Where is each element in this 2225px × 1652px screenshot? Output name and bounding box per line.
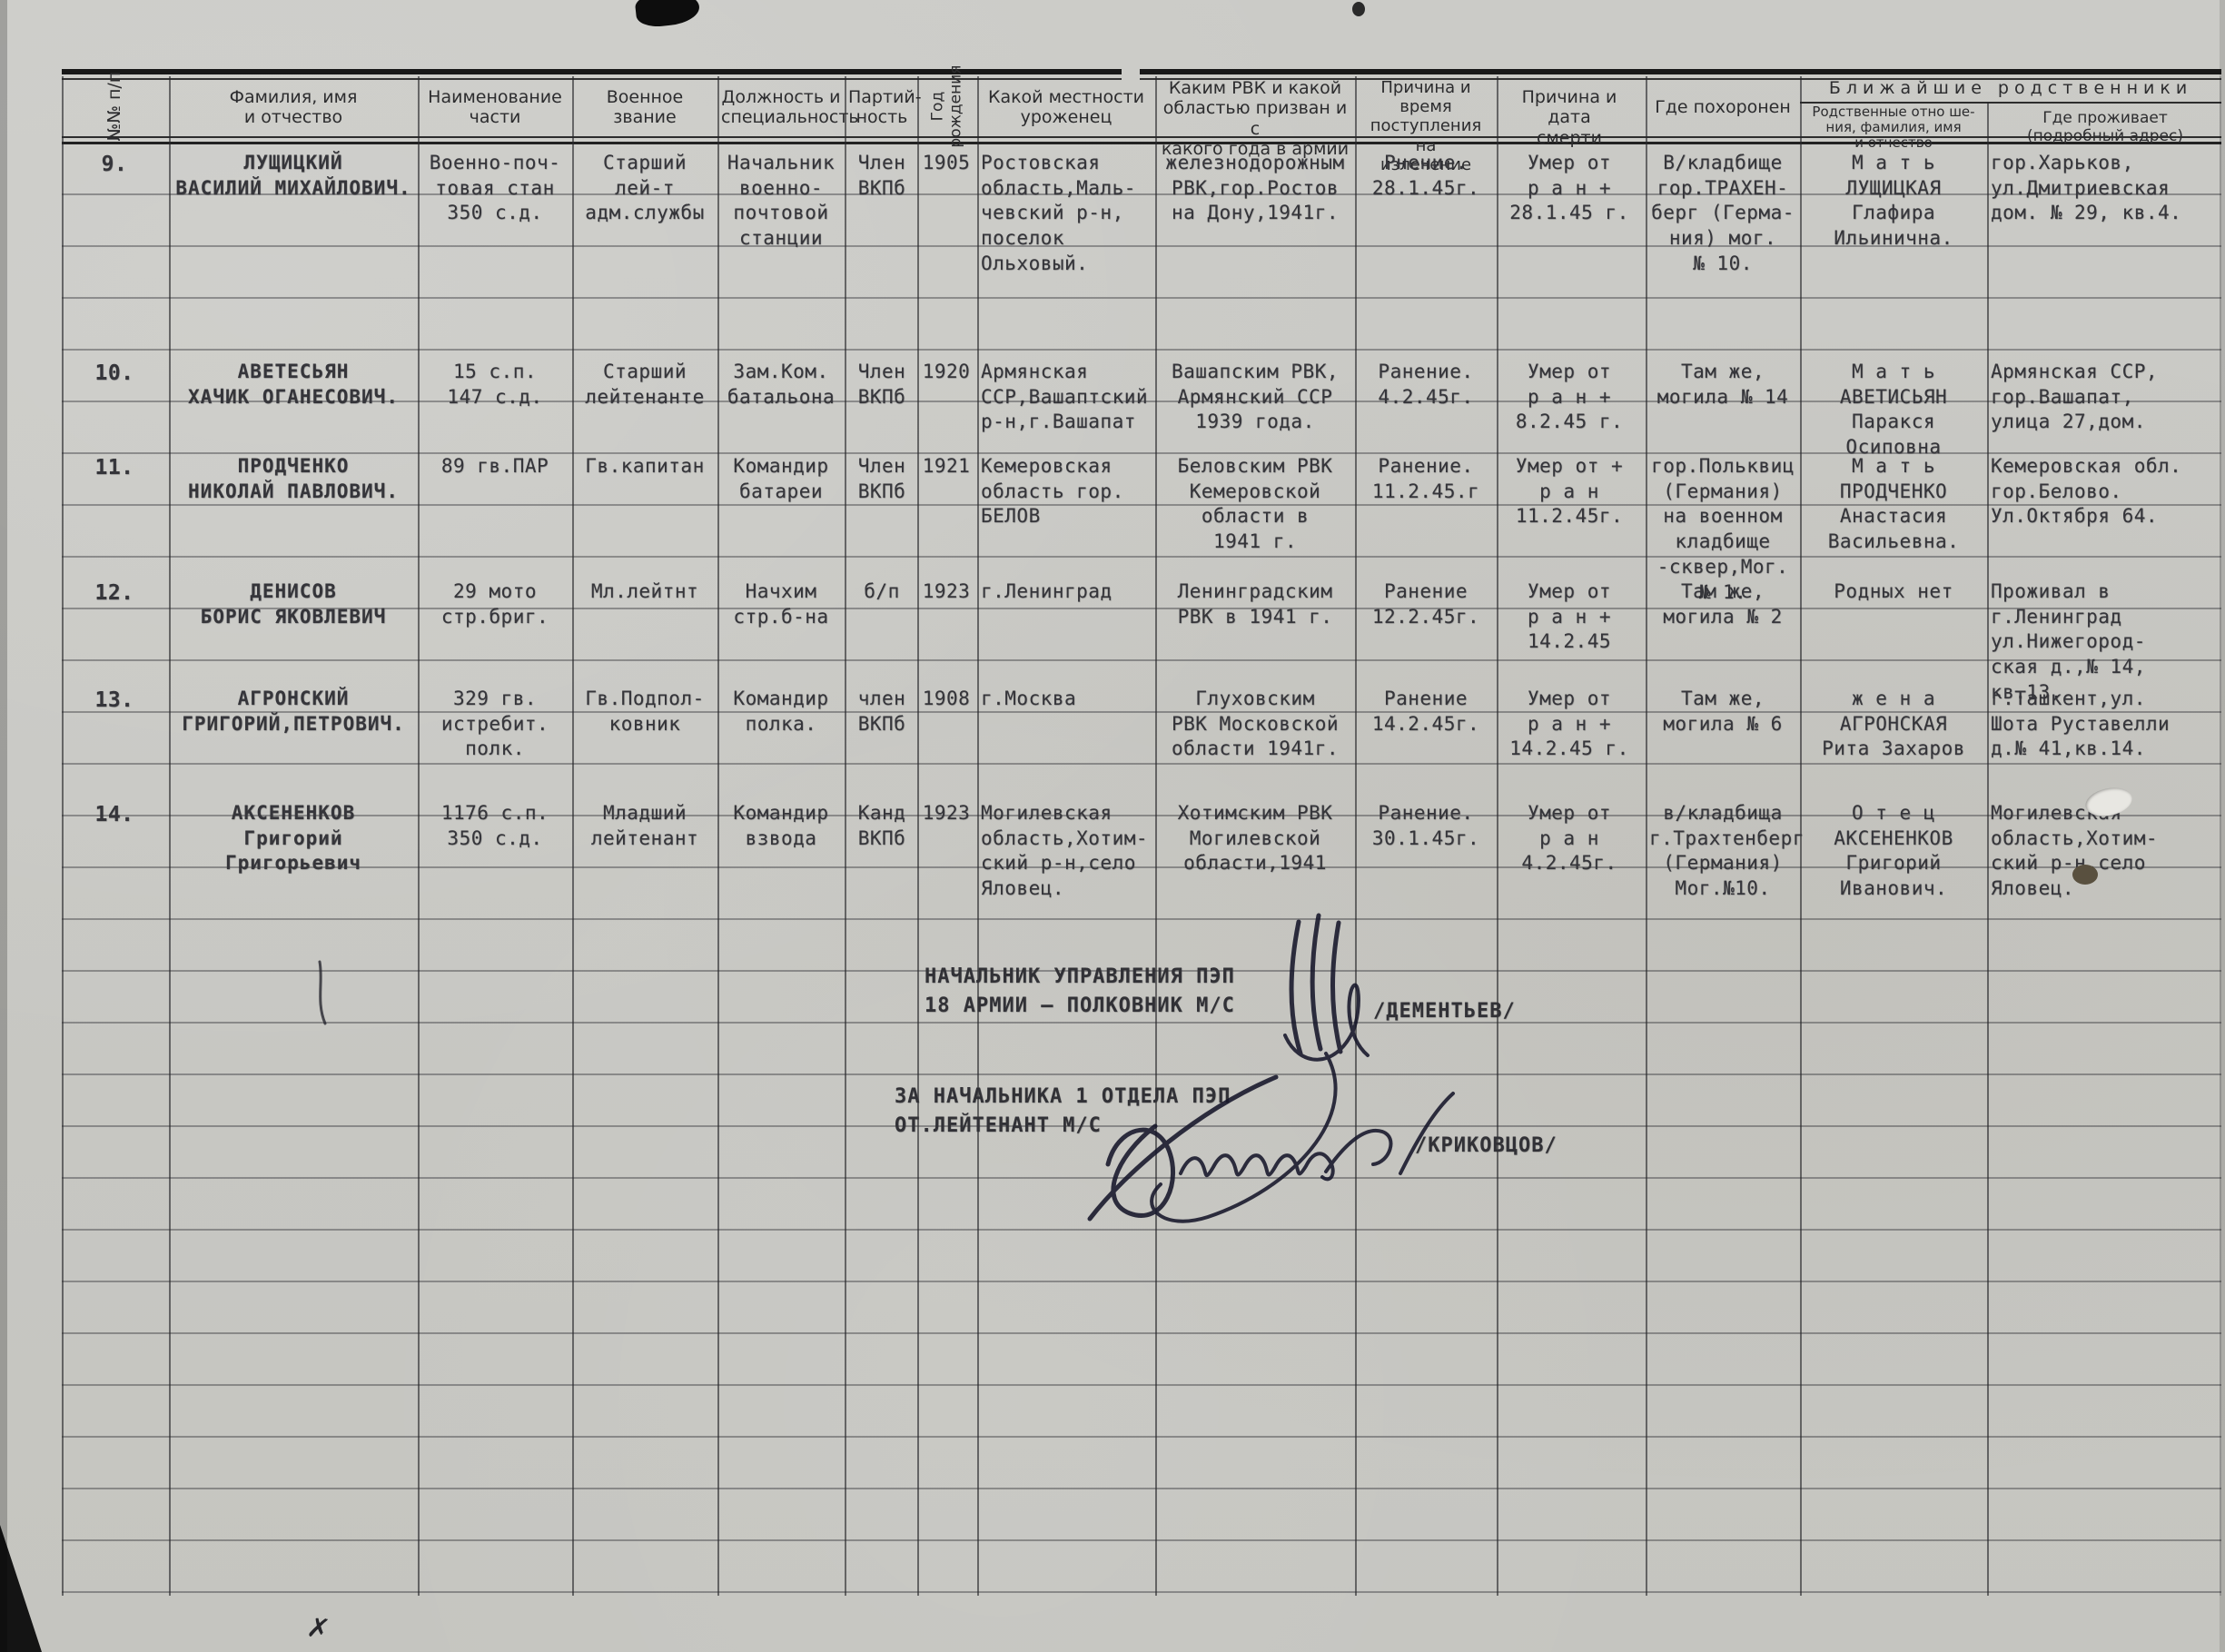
birthplace-cell: г.Ленинград bbox=[981, 579, 1152, 605]
birthplace-cell: Армянская ССР,Вашаптский р-н,г.Вашапат bbox=[981, 360, 1152, 435]
row-number: 10. bbox=[64, 360, 165, 387]
death-cell: Умер от + р а н 11.2.45г. bbox=[1500, 454, 1638, 529]
burial-cell: Там же, могила № 14 bbox=[1649, 360, 1796, 410]
unit-cell: 329 гв. истребит. полк. bbox=[421, 687, 569, 762]
column-line bbox=[1155, 76, 1157, 1596]
admission-cell: Ранение. 30.1.45г. bbox=[1359, 801, 1493, 851]
party-cell: Член ВКПб bbox=[848, 151, 915, 201]
row-number: 11. bbox=[64, 454, 165, 481]
header-burial: Где похоронен bbox=[1649, 97, 1796, 117]
birth-year-cell: 1923 bbox=[920, 579, 973, 605]
header-party: Партий- ность bbox=[848, 87, 915, 128]
official1-name: /ДЕМЕНТЬЕВ/ bbox=[1373, 997, 1516, 1026]
header-name: Фамилия, имя и отчество bbox=[173, 87, 414, 128]
scan-dot bbox=[1352, 2, 1365, 16]
party-cell: член ВКПб bbox=[848, 687, 915, 737]
header-relatives-group: Ближайшие родственники bbox=[1804, 78, 2218, 98]
column-line bbox=[917, 76, 919, 1596]
party-cell: Член ВКПб bbox=[848, 454, 915, 504]
death-cell: Умер от р а н + 28.1.45 г. bbox=[1500, 151, 1638, 226]
position-cell: Зам.Ком. батальона bbox=[721, 360, 841, 410]
row-number: 12. bbox=[64, 579, 165, 607]
header-num: №№ п/п bbox=[64, 78, 165, 134]
admission-cell: Ранение. 4.2.45г. bbox=[1359, 360, 1493, 410]
rvk-cell: Ленинградским РВК в 1941 г. bbox=[1159, 579, 1351, 629]
birthplace-cell: Ростовская область,Маль- чевский р-н, по… bbox=[981, 151, 1152, 277]
party-cell: б/п bbox=[848, 579, 915, 605]
pencil-x-mark: ✗ bbox=[304, 1611, 331, 1647]
admission-cell: Ранение. 11.2.45.г bbox=[1359, 454, 1493, 504]
name-cell: ПРОДЧЕНКО НИКОЛАЙ ПАВЛОВИЧ. bbox=[173, 454, 414, 504]
admission-cell: Ранение 12.2.45г. bbox=[1359, 579, 1493, 629]
address-cell: гор.Харьков, ул.Дмитриевская дом. № 29, … bbox=[1991, 151, 2220, 226]
column-line bbox=[62, 76, 64, 1596]
name-cell: АГРОНСКИЙ ГРИГОРИЙ,ПЕТРОВИЧ. bbox=[173, 687, 414, 737]
position-cell: Начальник военно- почтовой станции bbox=[721, 151, 841, 252]
unit-cell: 15 с.п. 147 с.д. bbox=[421, 360, 569, 410]
unit-cell: 1176 с.п. 350 с.д. bbox=[421, 801, 569, 851]
table-top-border bbox=[1140, 69, 2221, 74]
address-cell: Армянская ССР, гор.Вашапат, улица 27,дом… bbox=[1991, 360, 2220, 435]
name-cell: АВЕТЕСЬЯН ХАЧИК ОГАНЕСОВИЧ. bbox=[173, 360, 414, 410]
row-number: 13. bbox=[64, 687, 165, 714]
death-cell: Умер от р а н + 14.2.45 г. bbox=[1500, 687, 1638, 762]
column-line bbox=[1355, 76, 1357, 1596]
position-cell: Командир взвода bbox=[721, 801, 841, 851]
rvk-cell: Вашапским РВК, Армянский ССР 1939 года. bbox=[1159, 360, 1351, 435]
birthplace-cell: Могилевская область,Хотим- ский р-н,село… bbox=[981, 801, 1152, 902]
paper-hole bbox=[2072, 865, 2098, 885]
header-birth-year: Год рождения bbox=[920, 76, 974, 136]
rank-cell: Старший лей-т адм.службы bbox=[576, 151, 714, 226]
burial-cell: Там же, могила № 2 bbox=[1649, 579, 1796, 629]
address-cell: г.Ташкент,ул. Шота Руставелли д.№ 41,кв.… bbox=[1991, 687, 2220, 762]
birthplace-cell: Кемеровская область гор. БЕЛОВ bbox=[981, 454, 1152, 529]
unit-cell: 89 гв.ПАР bbox=[421, 454, 569, 480]
name-cell: АКСЕНЕНКОВ Григорий Григорьевич bbox=[173, 801, 414, 876]
relative-cell: М а т ь АВЕТИСЬЯН Паракся Осиповна bbox=[1804, 360, 1983, 460]
birth-year-cell: 1908 bbox=[920, 687, 973, 712]
birth-year-cell: 1921 bbox=[920, 454, 973, 480]
rank-cell: Мл.лейтнт bbox=[576, 579, 714, 605]
death-cell: Умер от р а н 4.2.45г. bbox=[1500, 801, 1638, 876]
rank-cell: Гв.Подпол- ковник bbox=[576, 687, 714, 737]
party-cell: Член ВКПб bbox=[848, 360, 915, 410]
column-line bbox=[717, 76, 719, 1596]
admission-cell: Рнение. 28.1.45г. bbox=[1359, 151, 1493, 201]
header-relative: Родственные отно ше- ния, фамилия, имя и… bbox=[1804, 104, 1983, 150]
header-rank: Военное звание bbox=[576, 87, 714, 128]
address-cell: Кемеровская обл. гор.Белово. Ул.Октября … bbox=[1991, 454, 2220, 529]
row-number: 14. bbox=[64, 801, 165, 828]
column-line bbox=[1987, 102, 1989, 1596]
rvk-cell: железнодорожным РВК,гор.Ростов на Дону,1… bbox=[1159, 151, 1351, 226]
row-number: 9. bbox=[64, 151, 165, 178]
left-edge-shadow bbox=[0, 0, 7, 1652]
name-cell: ЛУЩИЦКИЙ ВАСИЛИЙ МИХАЙЛОВИЧ. bbox=[173, 151, 414, 201]
column-line bbox=[845, 76, 846, 1596]
scanned-casualty-register-page: №№ п/п Фамилия, имя и отчество Наименова… bbox=[0, 0, 2225, 1652]
rvk-cell: Глуховским РВК Московской области 1941г. bbox=[1159, 687, 1351, 762]
name-cell: ДЕНИСОВ БОРИС ЯКОВЛЕВИЧ bbox=[173, 579, 414, 629]
header-rvk: Каким РВК и какой областью призван и с к… bbox=[1159, 78, 1351, 160]
death-cell: Умер от р а н + 14.2.45 bbox=[1500, 579, 1638, 655]
official2-name: /КРИКОВЦОВ/ bbox=[1415, 1132, 1557, 1161]
official2-title: ЗА НАЧАЛЬНИКА 1 ОТДЕЛА ПЭП ОТ.ЛЕЙТЕНАНТ … bbox=[895, 1083, 1231, 1141]
rank-cell: Младший лейтенант bbox=[576, 801, 714, 851]
header-unit: Наименование части bbox=[421, 87, 569, 128]
header-position: Должность и специальность bbox=[721, 87, 841, 128]
header-birthplace: Какой местности уроженец bbox=[981, 87, 1152, 128]
header-death: Причина и дата смерти bbox=[1500, 87, 1638, 148]
birth-year-cell: 1923 bbox=[920, 801, 973, 826]
burial-cell: Там же, могила № 6 bbox=[1649, 687, 1796, 737]
column-line bbox=[418, 76, 420, 1596]
column-line bbox=[169, 76, 171, 1596]
scan-ink-blob bbox=[634, 0, 700, 29]
column-line bbox=[572, 76, 574, 1596]
rvk-cell: Беловским РВК Кемеровской области в 1941… bbox=[1159, 454, 1351, 555]
column-line bbox=[1646, 76, 1647, 1596]
rvk-cell: Хотимским РВК Могилевской области,1941 bbox=[1159, 801, 1351, 876]
burial-cell: в/кладбища г.Трахтенберг (Германия) Мог.… bbox=[1649, 801, 1796, 902]
relative-cell: М а т ь ЛУЩИЦКАЯ Глафира Ильинична. bbox=[1804, 151, 1983, 252]
position-cell: Начхим стр.б-на bbox=[721, 579, 841, 629]
right-edge-shadow bbox=[2220, 0, 2225, 1652]
burial-cell: В/кладбище гор.ТРАХЕН- берг (Герма- ния)… bbox=[1649, 151, 1796, 277]
death-cell: Умер от р а н + 8.2.45 г. bbox=[1500, 360, 1638, 435]
unit-cell: 29 мото стр.бриг. bbox=[421, 579, 569, 629]
relative-cell: М а т ь ПРОДЧЕНКО Анастасия Васильевна. bbox=[1804, 454, 1983, 555]
admission-cell: Ранение 14.2.45г. bbox=[1359, 687, 1493, 737]
position-cell: Командир полка. bbox=[721, 687, 841, 737]
column-line bbox=[977, 76, 979, 1596]
position-cell: Командир батареи bbox=[721, 454, 841, 504]
header-address: Где проживает (подробный адрес) bbox=[1991, 109, 2220, 145]
rank-cell: Старший лейтенанте bbox=[576, 360, 714, 410]
party-cell: Канд ВКПб bbox=[848, 801, 915, 851]
rank-cell: Гв.капитан bbox=[576, 454, 714, 480]
official1-title: НАЧАЛЬНИК УПРАВЛЕНИЯ ПЭП 18 АРМИИ — ПОЛК… bbox=[925, 963, 1235, 1021]
unit-cell: Военно-поч- товая стан 350 с.д. bbox=[421, 151, 569, 226]
birth-year-cell: 1920 bbox=[920, 360, 973, 385]
relative-cell: О т е ц АКСЕНЕНКОВ Григорий Иванович. bbox=[1804, 801, 1983, 902]
birthplace-cell: г.Москва bbox=[981, 687, 1152, 712]
relative-cell: ж е н а АГРОНСКАЯ Рита Захаров bbox=[1804, 687, 1983, 762]
birth-year-cell: 1905 bbox=[920, 151, 973, 176]
relative-cell: Родных нет bbox=[1804, 579, 1983, 605]
column-line bbox=[1497, 76, 1498, 1596]
